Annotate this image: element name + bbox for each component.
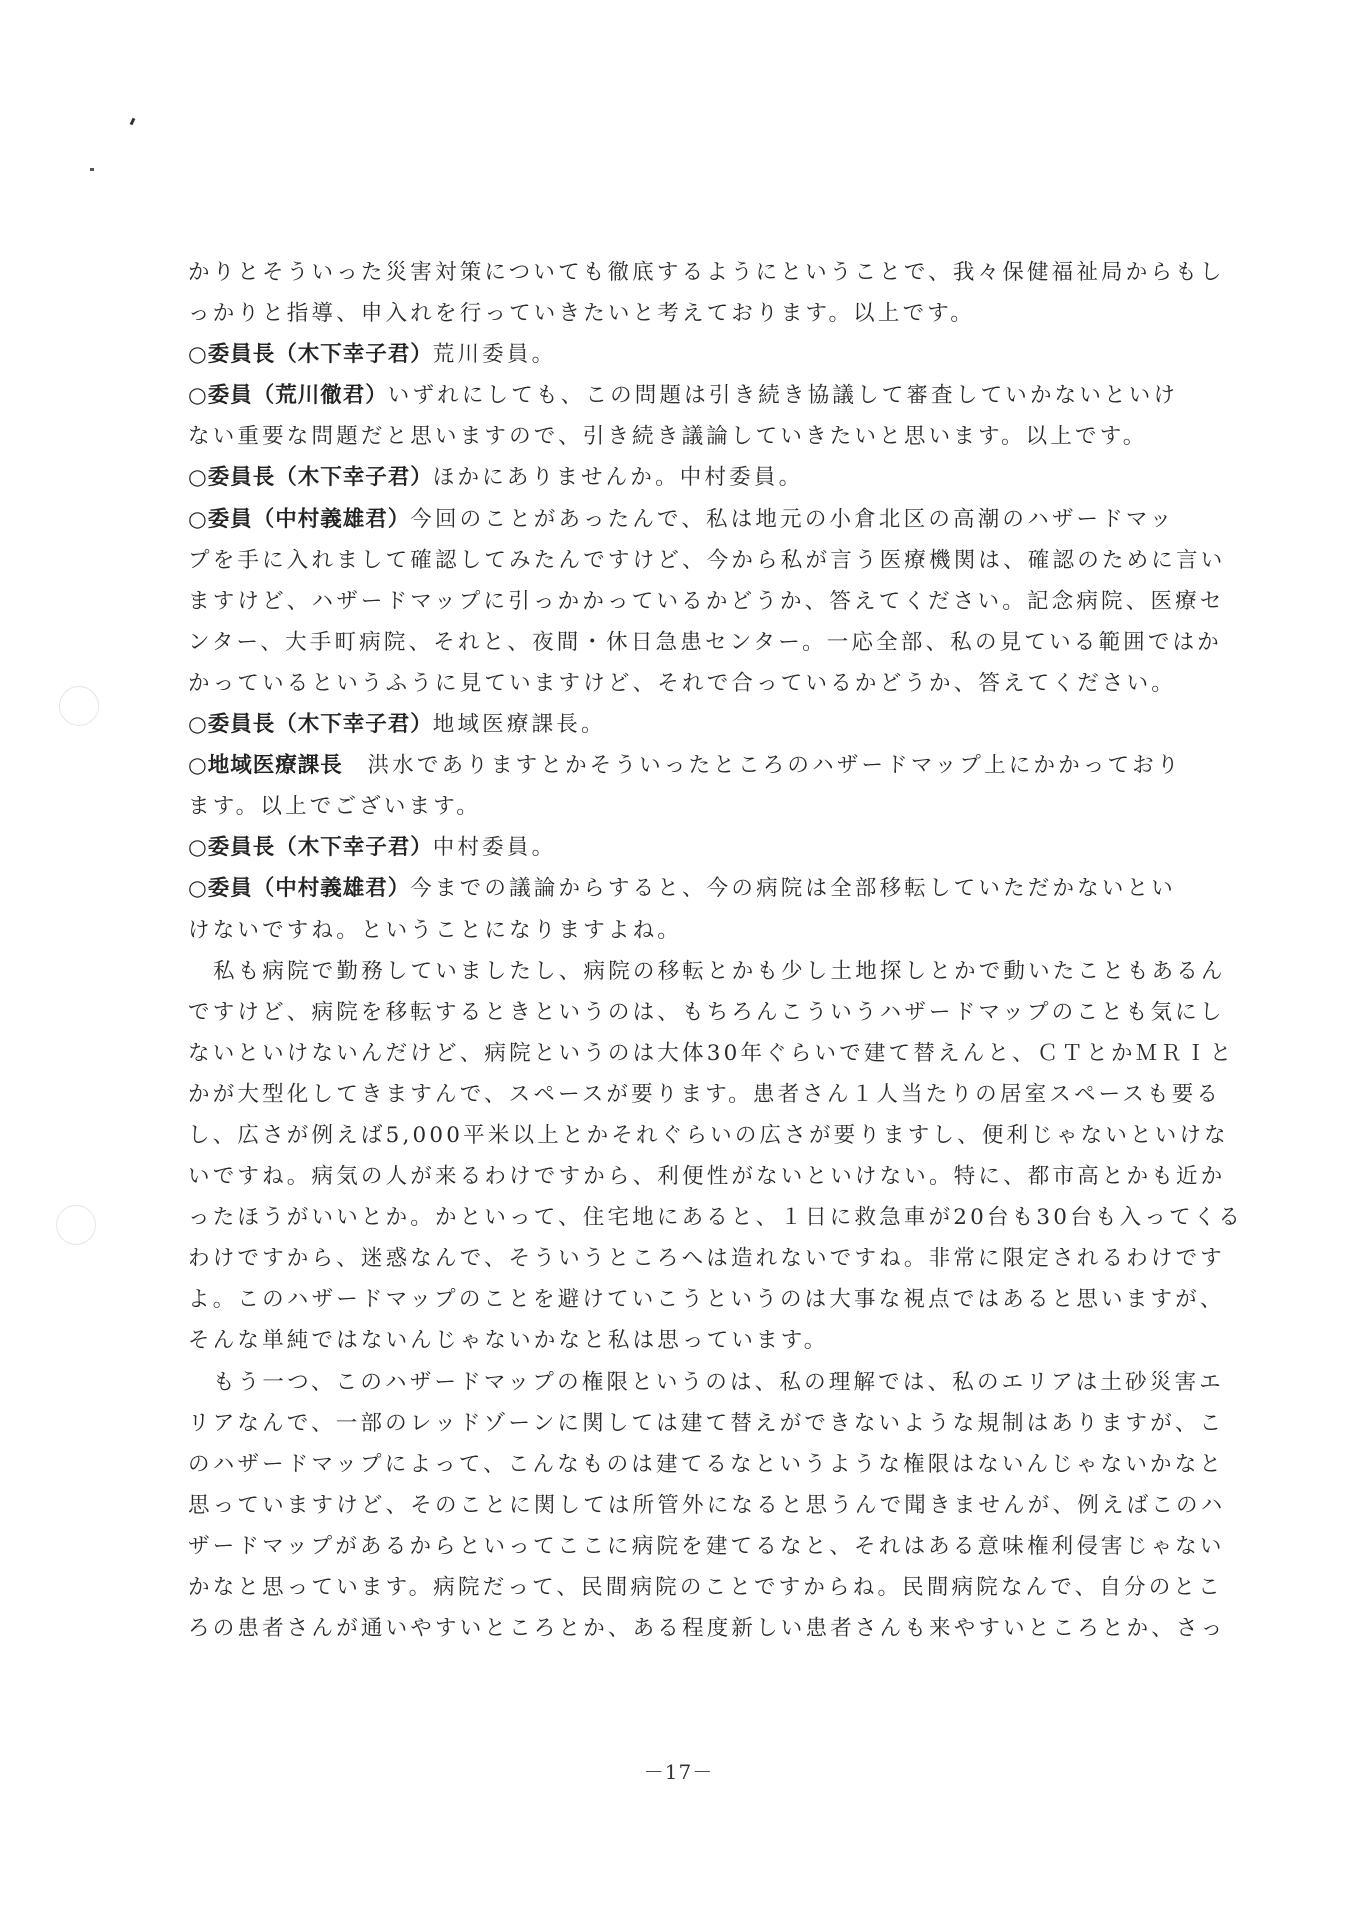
- line-text: 荒川委員。: [433, 342, 557, 367]
- line-text: かが大型化してきますんで、スペースが要ります。患者さん１人当たりの居室スペースも…: [188, 1082, 1221, 1107]
- speaker-label: ○委員長（木下幸子君）: [188, 342, 433, 367]
- text-line: けないですね。ということになりますよね。: [188, 910, 1193, 951]
- line-text: かなと思っています。病院だって、民間病院のことですからね。民間病院なんで、自分の…: [188, 1575, 1223, 1600]
- text-line: リアなんで、一部のレッドゾーンに関しては建て替えができないような規制はありますが…: [188, 1403, 1193, 1444]
- line-text: プを手に入れまして確認してみたんですけど、今から私が言う医療機関は、確認のために…: [188, 548, 1225, 573]
- line-text: もう一つ、このハザードマップの権限というのは、私の理解では、私のエリアは土砂災害…: [213, 1370, 1224, 1395]
- line-text: けないですね。ということになりますよね。: [188, 918, 682, 943]
- line-text: 今までの議論からすると、今の病院は全部移転していただかないとい: [410, 876, 1176, 901]
- text-line: ザードマップがあるからといってここに病院を建てるなと、それはある意味権利侵害じゃ…: [188, 1526, 1193, 1567]
- line-text: わけですから、迷惑なんで、そういうところへは造れないですね。非常に限定されるわけ…: [188, 1246, 1225, 1271]
- text-line: 思っていますけど、そのことに関しては所管外になると思うんで聞きませんが、例えばこ…: [188, 1485, 1193, 1526]
- line-text: ろの患者さんが通いやすいところとか、ある程度新しい患者さんも来やすいところとか、…: [188, 1616, 1225, 1641]
- punch-hole-mark: [56, 1205, 96, 1245]
- line-text: し、広さが例えば5,000平米以上とかそれぐらいの広さが要りますし、便利じゃない…: [188, 1123, 1229, 1148]
- speaker-label: ○委員長（木下幸子君）: [188, 465, 433, 490]
- line-text: いですね。病気の人が来るわけですから、利便性がないといけない。特に、都市高とかも…: [188, 1164, 1225, 1189]
- text-line: かが大型化してきますんで、スペースが要ります。患者さん１人当たりの居室スペースも…: [188, 1074, 1193, 1115]
- text-line: そんな単純ではないんじゃないかなと私は思っています。: [188, 1320, 1193, 1361]
- page-number: －17－: [0, 1756, 1357, 1785]
- line-text: リアなんで、一部のレッドゾーンに関しては建て替えができないような規制はありますが…: [188, 1411, 1224, 1436]
- line-text: いずれにしても、この問題は引き続き協議して審査していかないといけ: [388, 383, 1178, 408]
- speaker-label: ○委員長（木下幸子君）: [188, 835, 433, 860]
- text-line: 私も病院で勤務していましたし、病院の移転とかも少し土地探しとかで動いたこともある…: [188, 951, 1193, 992]
- line-text: のハザードマップによって、こんなものは建てるなというような権限はないんじゃないか…: [188, 1452, 1224, 1477]
- text-line: ろの患者さんが通いやすいところとか、ある程度新しい患者さんも来やすいところとか、…: [188, 1608, 1193, 1649]
- line-text: ますけど、ハザードマップに引っかかっているかどうか、答えてください。記念病院、医…: [188, 589, 1225, 614]
- speaker-line: ○地域医療課長 洪水でありますとかそういったところのハザードマップ上にかかってお…: [188, 745, 1193, 786]
- line-text: ます。以上でございます。: [188, 794, 481, 819]
- line-text: ンター、大手町病院、それと、夜間・休日急患センター。一応全部、私の見ている範囲で…: [188, 630, 1222, 655]
- speaker-label: ○委員（中村義雄君）: [188, 876, 410, 901]
- text-line: ったほうがいいとか。かといって、住宅地にあると、１日に救急車が20台も30台も入…: [188, 1197, 1193, 1238]
- line-text: 思っていますけど、そのことに関しては所管外になると思うんで聞きませんが、例えばこ…: [188, 1493, 1225, 1518]
- text-line: かりとそういった災害対策についても徹底するようにということで、我々保健福祉局から…: [188, 252, 1193, 293]
- text-line: ですけど、病院を移転するときというのは、もちろんこういうハザードマップのことも気…: [188, 992, 1193, 1033]
- line-text: そんな単純ではないんじゃないかなと私は思っています。: [188, 1328, 828, 1353]
- speaker-line: ○委員長（木下幸子君）中村委員。: [188, 827, 1193, 868]
- text-line: のハザードマップによって、こんなものは建てるなというような権限はないんじゃないか…: [188, 1444, 1193, 1485]
- punch-hole-mark: [59, 686, 99, 726]
- speaker-label: ○委員長（木下幸子君）: [188, 712, 433, 737]
- line-text: 地域医療課長。: [433, 712, 606, 737]
- document-page: かりとそういった災害対策についても徹底するようにということで、我々保健福祉局から…: [0, 0, 1357, 1920]
- speaker-line: ○委員（荒川徹君）いずれにしても、この問題は引き続き協議して審査していかないとい…: [188, 375, 1193, 416]
- line-text: 私も病院で勤務していましたし、病院の移転とかも少し土地探しとかで動いたこともある…: [213, 959, 1226, 984]
- text-line: ンター、大手町病院、それと、夜間・休日急患センター。一応全部、私の見ている範囲で…: [188, 622, 1193, 663]
- line-text: 今回のことがあったんで、私は地元の小倉北区の高潮のハザードマッ: [410, 507, 1174, 532]
- speaker-label: ○委員（荒川徹君）: [188, 383, 388, 408]
- text-line: かっているというふうに見ていますけど、それで合っているかどうか、答えてください。: [188, 663, 1193, 704]
- line-text: ですけど、病院を移転するときというのは、もちろんこういうハザードマップのことも気…: [188, 1000, 1225, 1025]
- text-line: し、広さが例えば5,000平米以上とかそれぐらいの広さが要りますし、便利じゃない…: [188, 1115, 1193, 1156]
- line-text: よ。このハザードマップのことを避けていこうというのは大事な視点ではあると思います…: [188, 1287, 1225, 1312]
- text-line: よ。このハザードマップのことを避けていこうというのは大事な視点ではあると思います…: [188, 1279, 1193, 1320]
- line-text: 洪水でありますとかそういったところのハザードマップ上にかかっており: [343, 753, 1182, 778]
- scan-speck: [130, 118, 136, 126]
- speaker-line: ○委員長（木下幸子君）地域医療課長。: [188, 704, 1193, 745]
- text-line: いですね。病気の人が来るわけですから、利便性がないといけない。特に、都市高とかも…: [188, 1156, 1193, 1197]
- speaker-label: ○地域医療課長: [188, 753, 343, 778]
- speaker-label: ○委員（中村義雄君）: [188, 507, 410, 532]
- text-line: ない重要な問題だと思いますので、引き続き議論していきたいと思います。以上です。: [188, 416, 1193, 457]
- text-line: プを手に入れまして確認してみたんですけど、今から私が言う医療機関は、確認のために…: [188, 540, 1193, 581]
- speaker-line: ○委員（中村義雄君）今までの議論からすると、今の病院は全部移転していただかないと…: [188, 868, 1193, 909]
- text-line: ないといけないんだけど、病院というのは大体30年ぐらいで建て替えんと、ＣＴとかＭ…: [188, 1033, 1193, 1074]
- line-text: ほかにありませんか。中村委員。: [433, 465, 804, 490]
- text-line: ます。以上でございます。: [188, 786, 1193, 827]
- line-text: ないといけないんだけど、病院というのは大体30年ぐらいで建て替えんと、ＣＴとかＭ…: [188, 1041, 1234, 1066]
- text-line: っかりと指導、申入れを行っていきたいと考えております。以上です。: [188, 293, 1193, 334]
- line-text: 中村委員。: [433, 835, 557, 860]
- line-text: かっているというふうに見ていますけど、それで合っているかどうか、答えてください。: [188, 671, 1176, 696]
- scan-speck: [90, 168, 94, 171]
- text-line: ますけど、ハザードマップに引っかかっているかどうか、答えてください。記念病院、医…: [188, 581, 1193, 622]
- text-line: かなと思っています。病院だって、民間病院のことですからね。民間病院なんで、自分の…: [188, 1567, 1193, 1608]
- text-line: もう一つ、このハザードマップの権限というのは、私の理解では、私のエリアは土砂災害…: [188, 1362, 1193, 1403]
- line-text: ない重要な問題だと思いますので、引き続き議論していきたいと思います。以上です。: [188, 424, 1147, 449]
- line-text: ザードマップがあるからといってここに病院を建てるなと、それはある意味権利侵害じゃ…: [188, 1534, 1225, 1559]
- speaker-line: ○委員（中村義雄君）今回のことがあったんで、私は地元の小倉北区の高潮のハザードマ…: [188, 499, 1193, 540]
- line-text: かりとそういった災害対策についても徹底するようにということで、我々保健福祉局から…: [188, 260, 1225, 285]
- text-line: わけですから、迷惑なんで、そういうところへは造れないですね。非常に限定されるわけ…: [188, 1238, 1193, 1279]
- speaker-line: ○委員長（木下幸子君）荒川委員。: [188, 334, 1193, 375]
- line-text: っかりと指導、申入れを行っていきたいと考えております。以上です。: [188, 301, 975, 326]
- minutes-body: かりとそういった災害対策についても徹底するようにということで、我々保健福祉局から…: [188, 252, 1193, 1649]
- speaker-line: ○委員長（木下幸子君）ほかにありませんか。中村委員。: [188, 457, 1193, 498]
- line-text: ったほうがいいとか。かといって、住宅地にあると、１日に救急車が20台も30台も入…: [188, 1205, 1243, 1230]
